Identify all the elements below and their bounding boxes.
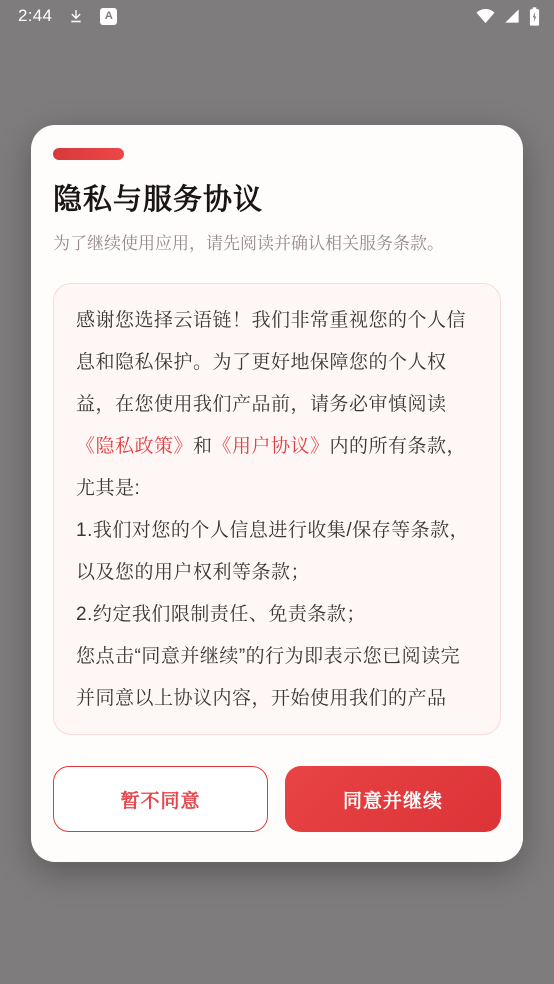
cellular-signal-icon (504, 8, 520, 24)
agreement-item-2: 2.约定我们限制责任、免责条款； (76, 594, 478, 636)
privacy-dialog: 隐私与服务协议 为了继续使用应用，请先阅读并确认相关服务条款。 感谢您选择云语链… (31, 125, 523, 862)
dialog-title: 隐私与服务协议 (53, 182, 501, 218)
battery-charging-icon (529, 7, 540, 26)
agreement-part3: 您点击“同意并继续”的行为即表示您已阅读完并同意以上协议内容，开始使用我们的产品 (76, 636, 478, 720)
status-bar-left: 2:44 A (18, 6, 117, 26)
letter-a-badge-icon: A (100, 8, 117, 25)
user-agreement-link[interactable]: 《用户协议》 (213, 436, 330, 457)
agreement-text-box[interactable]: 感谢您选择云语链！我们非常重视您的个人信息和隐私保护。为了更好地保障您的个人权益… (53, 283, 501, 735)
dialog-subtitle: 为了继续使用应用，请先阅读并确认相关服务条款。 (53, 232, 501, 256)
wifi-icon (476, 8, 495, 24)
status-bar: 2:44 A (0, 0, 554, 32)
status-bar-right (476, 7, 540, 26)
agreement-paragraph: 感谢您选择云语链！我们非常重视您的个人信息和隐私保护。为了更好地保障您的个人权益… (76, 300, 478, 510)
accent-bar (53, 148, 124, 160)
download-icon (68, 8, 84, 24)
privacy-policy-link[interactable]: 《隐私政策》 (76, 436, 193, 457)
agreement-item-1: 1.我们对您的个人信息进行收集/保存等条款，以及您的用户权利等条款； (76, 510, 478, 594)
status-time: 2:44 (18, 6, 52, 26)
agreement-connector: 和 (193, 436, 213, 457)
agreement-part1: 感谢您选择云语链！我们非常重视您的个人信息和隐私保护。为了更好地保障您的个人权益… (76, 310, 466, 415)
dialog-button-row: 暂不同意 同意并继续 (53, 766, 501, 832)
agree-continue-button[interactable]: 同意并继续 (285, 766, 501, 832)
disagree-button[interactable]: 暂不同意 (53, 766, 268, 832)
